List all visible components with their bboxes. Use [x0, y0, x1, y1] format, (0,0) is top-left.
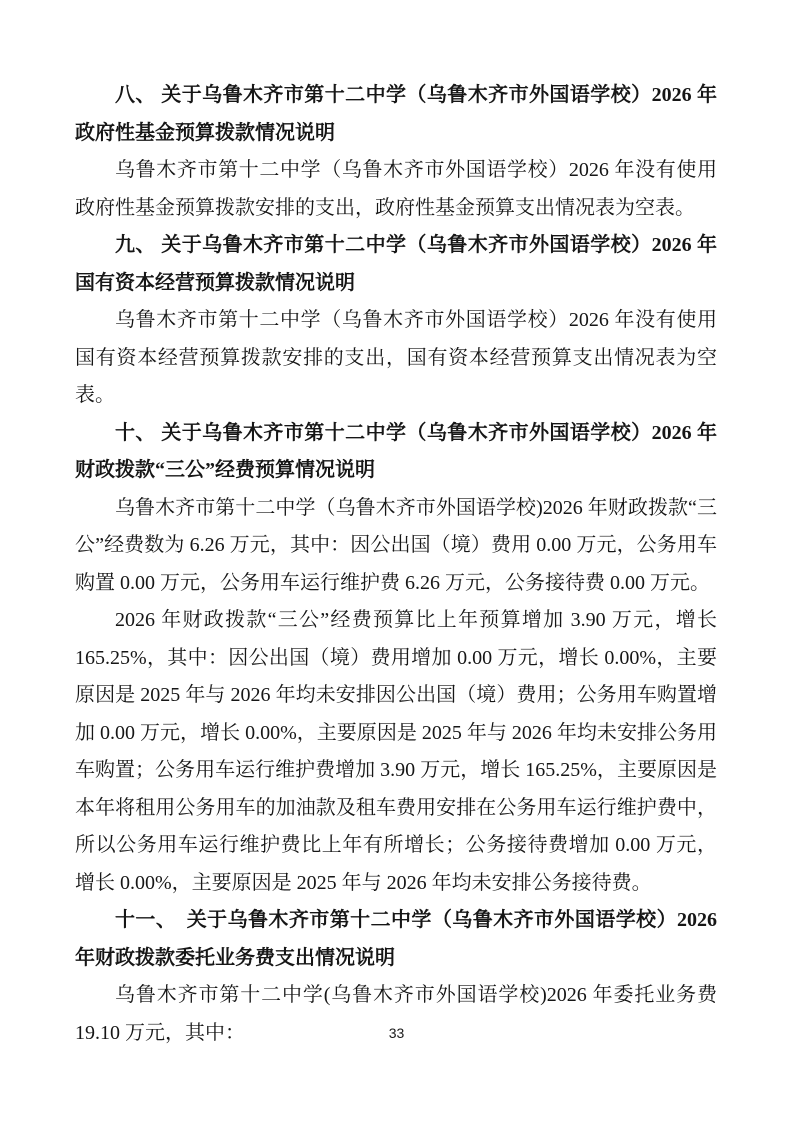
page-number: 33 — [0, 1024, 793, 1042]
section-10-paragraph-2: 2026 年财政拨款“三公”经费预算比上年预算增加 3.90 万元，增长 165… — [75, 602, 717, 902]
section-10-heading: 十、 关于乌鲁木齐市第十二中学（乌鲁木齐市外国语学校）2026 年财政拨款“三公… — [75, 415, 717, 490]
section-8-heading: 八、 关于乌鲁木齐市第十二中学（乌鲁木齐市外国语学校）2026 年政府性基金预算… — [75, 77, 717, 152]
section-9-heading: 九、 关于乌鲁木齐市第十二中学（乌鲁木齐市外国语学校）2026 年国有资本经营预… — [75, 227, 717, 302]
section-8-paragraph: 乌鲁木齐市第十二中学（乌鲁木齐市外国语学校）2026 年没有使用政府性基金预算拨… — [75, 152, 717, 227]
document-page: 八、 关于乌鲁木齐市第十二中学（乌鲁木齐市外国语学校）2026 年政府性基金预算… — [0, 0, 793, 1122]
section-9-paragraph: 乌鲁木齐市第十二中学（乌鲁木齐市外国语学校）2026 年没有使用国有资本经营预算… — [75, 302, 717, 415]
section-10-paragraph-1: 乌鲁木齐市第十二中学（乌鲁木齐市外国语学校)2026 年财政拨款“三公”经费数为… — [75, 490, 717, 603]
section-11-heading: 十一、 关于乌鲁木齐市第十二中学（乌鲁木齐市外国语学校）2026 年财政拨款委托… — [75, 902, 717, 977]
